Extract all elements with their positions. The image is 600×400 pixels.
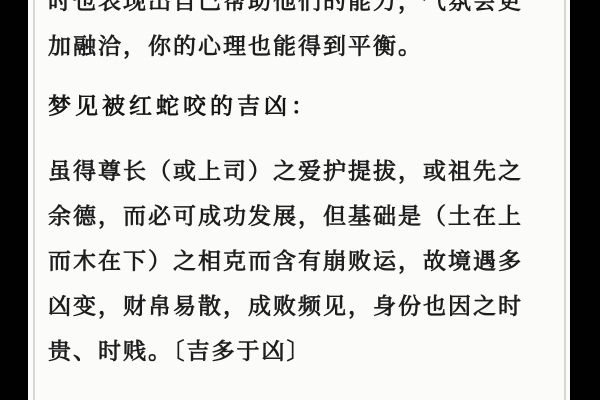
- body-line-4: 凶变，财帛易散，成败频见，身份也因之时: [48, 294, 558, 320]
- body-line-3: 而木在下）之相克而含有崩败运，故境遇多: [48, 249, 558, 275]
- intro-line-1: 时也表现出自己帮助他们的能力，气氛会更: [48, 0, 558, 15]
- letterbox-right: [570, 0, 600, 400]
- intro-line-2: 加融洽，你的心理也能得到平衡。: [48, 34, 558, 60]
- screenshot-stage: 时也表现出自己帮助他们的能力，气氛会更 加融洽，你的心理也能得到平衡。 梦见被红…: [0, 0, 600, 400]
- section-heading: 梦见被红蛇咬的吉凶：: [48, 94, 558, 120]
- body-line-1: 虽得尊长（或上司）之爱护提拔，或祖先之: [48, 159, 558, 185]
- body-line-2: 余德，而必可成功发展，但基础是（土在上: [48, 204, 558, 230]
- body-line-5: 贵、时贱。〔吉多于凶〕: [48, 339, 558, 365]
- letterbox-left: [0, 0, 28, 400]
- document-page: 时也表现出自己帮助他们的能力，气氛会更 加融洽，你的心理也能得到平衡。 梦见被红…: [28, 0, 570, 400]
